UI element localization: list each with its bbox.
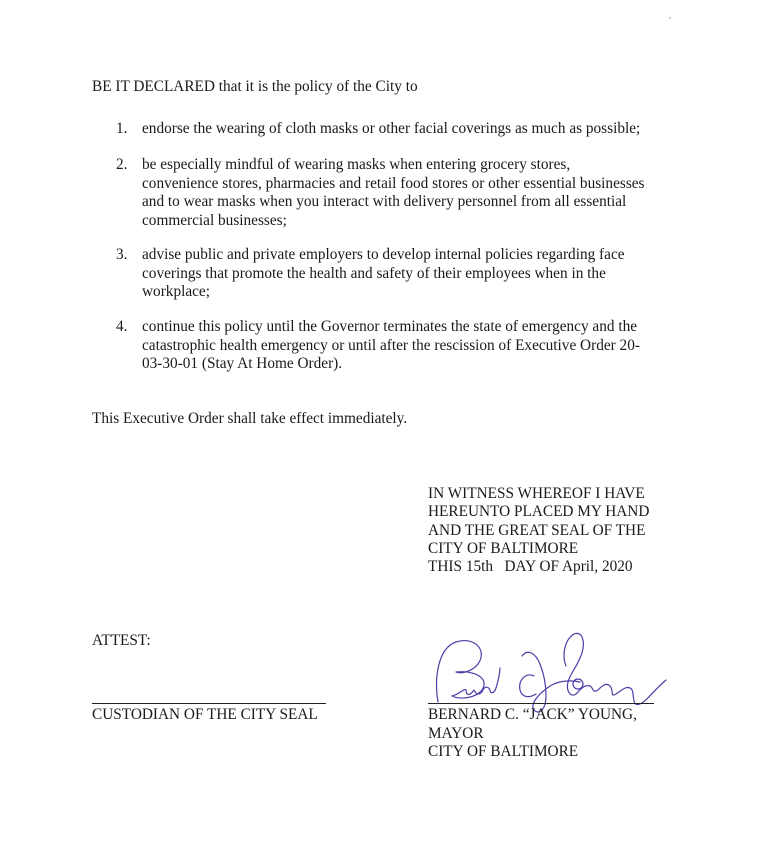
- item-line: workplace;: [142, 283, 625, 302]
- item-line: commercial businesses;: [142, 212, 645, 231]
- item-line: endorse the wearing of cloth masks or ot…: [142, 120, 640, 139]
- mayor-block: BERNARD C. “JACK” YOUNG, MAYOR CITY OF B…: [428, 706, 637, 762]
- item-text: endorse the wearing of cloth masks or ot…: [142, 120, 640, 139]
- item-line: continue this policy until the Governor …: [142, 318, 640, 337]
- attest-label: ATTEST:: [92, 632, 151, 650]
- item-line: and to wear masks when you interact with…: [142, 193, 645, 212]
- item-text: continue this policy until the Governor …: [142, 318, 640, 374]
- mayor-signature-line: [428, 703, 654, 704]
- effective-statement: This Executive Order shall take effect i…: [92, 410, 407, 428]
- mayor-signature: [430, 628, 670, 718]
- scan-speck: [669, 17, 671, 19]
- mayor-title: MAYOR: [428, 725, 637, 744]
- item-line: catastrophic health emergency or until a…: [142, 337, 640, 356]
- mayor-name: BERNARD C. “JACK” YOUNG,: [428, 706, 637, 725]
- witness-line: AND THE GREAT SEAL OF THE: [428, 522, 649, 540]
- custodian-signature-line: [92, 703, 326, 704]
- witness-line: THIS 15th DAY OF April, 2020: [428, 558, 649, 576]
- item-line: 03-30-01 (Stay At Home Order).: [142, 355, 640, 374]
- item-number: 1.: [116, 120, 138, 138]
- witness-line: CITY OF BALTIMORE: [428, 540, 649, 558]
- custodian-label: CUSTODIAN OF THE CITY SEAL: [92, 706, 318, 724]
- item-line: coverings that promote the health and sa…: [142, 265, 625, 284]
- witness-line: HEREUNTO PLACED MY HAND: [428, 503, 649, 521]
- item-line: advise public and private employers to d…: [142, 246, 625, 265]
- item-number: 4.: [116, 318, 138, 336]
- item-number: 3.: [116, 246, 138, 264]
- item-text: be especially mindful of wearing masks w…: [142, 156, 645, 230]
- witness-block: IN WITNESS WHEREOF I HAVE HEREUNTO PLACE…: [428, 485, 649, 576]
- item-line: be especially mindful of wearing masks w…: [142, 156, 645, 175]
- mayor-city: CITY OF BALTIMORE: [428, 743, 637, 762]
- item-line: convenience stores, pharmacies and retai…: [142, 175, 645, 194]
- witness-line: IN WITNESS WHEREOF I HAVE: [428, 485, 649, 503]
- item-text: advise public and private employers to d…: [142, 246, 625, 302]
- declaration-intro: BE IT DECLARED that it is the policy of …: [92, 78, 418, 96]
- item-number: 2.: [116, 156, 138, 174]
